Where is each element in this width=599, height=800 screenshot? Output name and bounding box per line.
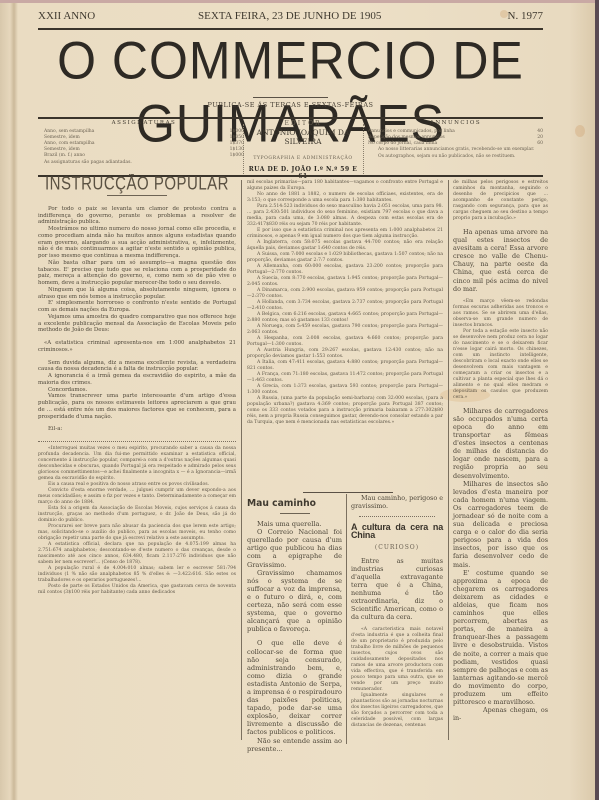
paper-stain — [575, 125, 585, 137]
editor-name: ANTONIO JOAQUIM DA SILVEIRA — [248, 128, 358, 146]
paragraph: mil escolas primarias—para 180 habitante… — [247, 180, 443, 192]
info-separator — [363, 124, 365, 174]
paragraph: Milhares de insectos são levados d'esta … — [453, 480, 548, 569]
column-right: de milhas pelos perigosos e estreitos ca… — [453, 180, 548, 722]
paragraph: Apenas chegam, os in- — [453, 706, 548, 722]
paragraph: A Allemanha, com 60:000 escolas, gastava… — [247, 264, 443, 276]
paragraph: Mostrámos no ultimo numero do nosso jorn… — [38, 226, 236, 260]
paragraph: A Grecia, com 1:373 escolas, gastava 593… — [247, 384, 443, 396]
paragraph: Milhares de carregadores são occupados n… — [453, 407, 548, 480]
paragraph: Por toda a estação este insecto não se d… — [453, 329, 548, 401]
paragraph: Ha apenas uma arvore na qual estes insec… — [453, 228, 548, 293]
paragraph: Não se entende assim ao presente... — [247, 737, 342, 753]
mau-caminho-aside: Mau caminho, perigoso e gravissimo. — [351, 494, 443, 510]
paragraph: Concordamos. — [38, 387, 236, 394]
paragraph: E' costume quando se approxima a epoca d… — [453, 569, 548, 707]
quote-paragraph: Procurarei ser breve para não abusar da … — [38, 524, 236, 542]
paragraph: «A estatistica criminal apresenta-nos em… — [38, 340, 236, 354]
paragraph: A Suissa, com 7:000 escolas e 1:029 bibl… — [247, 252, 443, 264]
paragraph: A Russia, (uma parte da população semi-b… — [247, 396, 443, 426]
dotted-separator — [38, 441, 236, 442]
paragraph: E por isso que a estatistica criminal no… — [247, 228, 443, 240]
paragraph: Ninguem que lá alguma coisa, absolutamen… — [38, 287, 236, 301]
paragraph: A Italia, com 47:411 escolas, gastava 4:… — [247, 360, 443, 372]
paragraph: Sem duvida alguma, diz a mesma excellent… — [38, 360, 236, 374]
article-mau-caminho: Mau caminho Mais uma querella. O Correio… — [247, 494, 342, 753]
paragraph: «A caracteristica mais notavel d'esta in… — [351, 627, 443, 693]
paragraph: Gravissimo chamamos nós o systema de se … — [247, 569, 342, 634]
paragraph: A Austria Hungria, com 29:267 escolas, g… — [247, 348, 443, 360]
subheading-curioso: (CURIOSO) — [351, 544, 443, 552]
ads-note: Os autographos, sejam ou não publicados,… — [368, 153, 543, 160]
paragraph: Vamos transcrever uma parte interessante… — [38, 393, 236, 420]
column-rule — [448, 180, 449, 740]
editor-address: RUA DE D. JOÃO I.º N.º 59 E 61 — [248, 166, 358, 180]
headline-instruccao: INSTRUCÇÃO POPULAR — [38, 181, 236, 189]
paragraph: O Correio Nacional foi querellado por ca… — [247, 528, 342, 568]
headline-mau-caminho: Mau caminho — [247, 500, 334, 508]
article-cultura-cera: Mau caminho, perigoso e gravissimo. A cu… — [351, 494, 443, 729]
quote-paragraph: «Interroguei muitas vezes o meu espirito… — [38, 446, 236, 482]
masthead-bottom-rule — [38, 117, 543, 119]
date-label: SEXTA FEIRA, 23 DE JUNHO DE 1905 — [198, 10, 381, 22]
issue-number: N. 1977 — [508, 10, 543, 22]
paragraph: No anno de 1881 a 1882, o numero de esco… — [247, 192, 443, 204]
masthead-rule — [253, 97, 328, 98]
editor-office: TYPOGRAPHIA E ADMINISTRAÇÃO — [248, 156, 358, 161]
info-separator — [243, 124, 245, 174]
paragraph: A Suecia, com 8:770 escolas, gastava 1:9… — [247, 276, 443, 288]
subscriptions-panel: ASSIGNATURAS Anno, sem estampilha1$000 S… — [44, 120, 244, 166]
headline-cultura: A cultura da cera na China — [351, 523, 443, 539]
paragraph: A Hollanda, com 3:734 escolas, gastava 2… — [247, 300, 443, 312]
paragraph: Entre as muitas industrias curiosas d'aq… — [351, 557, 443, 621]
editor-panel: EDITOR ANTONIO JOAQUIM DA SILVEIRA TYPOG… — [248, 120, 358, 180]
price-value: 60 — [537, 141, 543, 147]
sheet: XXII ANNO SEXTA FEIRA, 23 DE JUNHO DE 19… — [38, 0, 543, 800]
quote-paragraph: Convicto d'esta enorme verdade, ... julg… — [38, 488, 236, 506]
paragraph: A Hespanha, com 2:008 escolas, gastava 4… — [247, 336, 443, 348]
paragraph: A Belgica, com 6:216 escolas, gastava 4:… — [247, 312, 443, 324]
paragraph: A França, com 71:180 escolas, gastava 11… — [247, 372, 443, 384]
paragraph: A ignorancia é a irmã gemea da escravidã… — [38, 373, 236, 387]
column-middle: mil escolas primarias—para 180 habitante… — [247, 180, 443, 426]
ads-panel: ANNUNCIOS Annuncios e communicados, por … — [368, 120, 543, 160]
paragraph: «Em março vêem-se redondas formas escura… — [453, 299, 548, 329]
paragraph: Para 2.514:523 individuos do sexo mascul… — [247, 204, 443, 228]
newspaper-page: XXII ANNO SEXTA FEIRA, 23 DE JUNHO DE 19… — [0, 0, 599, 800]
paragraph: A Inglaterra, com 58:075 escolas gastava… — [247, 240, 443, 252]
column-rule — [241, 180, 242, 740]
paragraph: de milhas pelos perigosos e estreitos ca… — [453, 180, 548, 222]
paragraph: A Noruega, com 5:459 escolas, gastava 79… — [247, 324, 443, 336]
paragraph: Não basta olhar para um só assumpto—a ma… — [38, 260, 236, 287]
paragraph: A Dinamarca, com 2:900 escolas, gastava … — [247, 288, 443, 300]
info-box: ASSIGNATURAS Anno, sem estampilha1$000 S… — [38, 120, 543, 175]
column-left: INSTRUCÇÃO POPULAR Por todo o paiz se le… — [38, 182, 236, 596]
paragraph: E' simplesmente horroroso o confronto n'… — [38, 300, 236, 314]
quote-paragraph: Posto de parte os Estados Unidos da Amer… — [38, 584, 236, 596]
column-rule — [346, 494, 347, 744]
paragraph: O que elle deve é collocar-se de forma q… — [247, 639, 342, 736]
paragraph: Igualmente singulares e phantasticos são… — [351, 693, 443, 729]
headline-rule — [107, 195, 167, 196]
subscriptions-note: As assignaturas são pagas adiantadas. — [44, 159, 244, 166]
price-value: 1$000 — [230, 153, 244, 159]
dotted-separator — [359, 516, 435, 517]
quote-paragraph: A estatistica official, declara que na p… — [38, 542, 236, 566]
paragraph: Por todo o paiz se levanta um clamor de … — [38, 206, 236, 226]
paragraph: Mais uma querella. — [247, 520, 342, 528]
publication-schedule: PUBLICA-SE ÁS TERÇAS E SEXTAS-FEIRAS — [38, 101, 543, 109]
volume-label: XXII ANNO — [38, 10, 95, 22]
dateline: XXII ANNO SEXTA FEIRA, 23 DE JUNHO DE 19… — [38, 10, 543, 24]
ads-title: ANNUNCIOS — [368, 120, 543, 126]
right-edge — [595, 0, 599, 800]
quote-paragraph: A população rural é de 4.004:010 almas; … — [38, 566, 236, 584]
paragraph: Eil-a: — [38, 426, 236, 433]
editor-label: EDITOR — [248, 120, 358, 127]
headline-rule — [280, 513, 310, 514]
paragraph: Vejamos uma amostra do quadro comparativ… — [38, 314, 236, 334]
subscriptions-title: ASSIGNATURAS — [44, 120, 244, 126]
quote-paragraph: Esta foi a origem da Associação de Escol… — [38, 506, 236, 524]
